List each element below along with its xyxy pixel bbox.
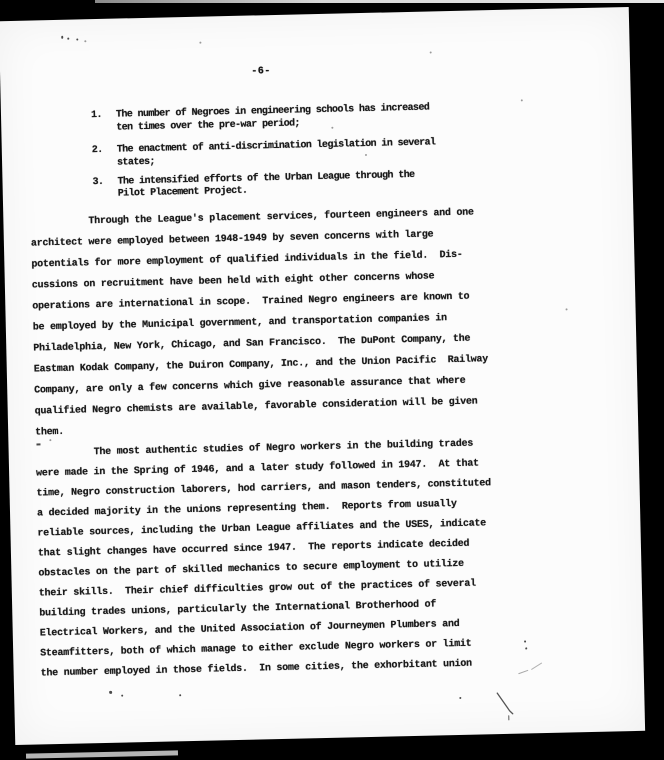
scan-speck xyxy=(459,697,461,699)
list-item-line: The intensified efforts of the Urban Lea… xyxy=(117,170,414,188)
text-line: them. xyxy=(35,427,64,439)
text-line: potentials for more employment of qualif… xyxy=(31,250,462,271)
document-page: -6- 1. The number of Negroes in engineer… xyxy=(0,7,645,745)
list-item-number: 2. xyxy=(92,145,103,156)
text-line: a decided majority in the unions represe… xyxy=(37,499,457,520)
scan-speck xyxy=(365,154,367,156)
scan-speck xyxy=(49,439,51,441)
scan-speck xyxy=(199,42,201,44)
scan-speck xyxy=(525,647,527,649)
text-line: were made in the Spring of 1946, and a l… xyxy=(36,458,479,479)
text-line: the number employed in those fields. In … xyxy=(41,659,472,680)
text-line: obstacles on the part of skilled mechani… xyxy=(38,559,464,580)
text-line: time, Negro construction laborers, hod c… xyxy=(36,478,490,499)
list-item-number: 1. xyxy=(91,110,102,121)
text-line: reliable sources, including the Urban Le… xyxy=(37,518,486,539)
text-line: architect were employed between 1948-194… xyxy=(31,229,434,249)
scan-speck xyxy=(179,694,181,696)
text-line: Company, are only a few concerns which g… xyxy=(34,376,465,397)
list-item-line: ten times over the pre-war period; xyxy=(116,118,300,133)
text-line: The most authentic studies of Negro work… xyxy=(94,439,474,459)
list-item-number: 3. xyxy=(92,177,103,188)
list-item-line: The number of Negroes in engineering sch… xyxy=(116,103,429,121)
list-item-line: The enactment of anti-discrimination leg… xyxy=(117,137,436,155)
text-line: building trades unions, particularly the… xyxy=(39,599,436,619)
scanner-edge-highlight-top xyxy=(95,0,664,3)
scan-speck xyxy=(566,308,568,310)
text-line: their skills. Their chief difficulties g… xyxy=(39,579,476,600)
scan-speck xyxy=(84,40,86,42)
scan-speck xyxy=(67,38,69,40)
text-line: Steamfitters, both of which manage to ei… xyxy=(40,639,471,660)
scan-speck xyxy=(521,99,523,101)
list-item-line: states; xyxy=(117,157,155,169)
scan-speck xyxy=(524,640,526,642)
scan-speck xyxy=(61,36,63,39)
text-line: be employed by the Municipal government,… xyxy=(33,313,447,333)
text-line: that slight changes have occurred since … xyxy=(38,539,469,560)
text-line: operations are international in scope. T… xyxy=(32,292,469,313)
scan-speck xyxy=(430,51,432,53)
text-line: cussions on recruitment have been held w… xyxy=(32,271,435,291)
text-line: Eastman Kodak Company, the Duiron Compan… xyxy=(34,354,488,375)
page-number: -6- xyxy=(243,66,279,78)
text-line: Through the League's placement services,… xyxy=(88,208,473,228)
text-line: Electrical Workers, and the United Assoc… xyxy=(40,619,460,640)
pen-mark xyxy=(483,657,625,730)
scan-speck xyxy=(109,691,112,694)
text-line: Philadelphia, New York, Chicago, and San… xyxy=(33,334,470,355)
scan-speck xyxy=(36,443,40,445)
scan-speck xyxy=(331,127,333,129)
scan-speck xyxy=(76,38,78,40)
scanned-document-screenshot: { "colors":{ "background":"#000000", "pa… xyxy=(0,0,664,760)
list-item-line: Pilot Placement Project. xyxy=(118,186,248,200)
scan-speck xyxy=(121,695,123,697)
scanner-edge-highlight-bottom xyxy=(26,750,178,758)
text-line: qualified Negro chemists are available, … xyxy=(35,396,478,417)
